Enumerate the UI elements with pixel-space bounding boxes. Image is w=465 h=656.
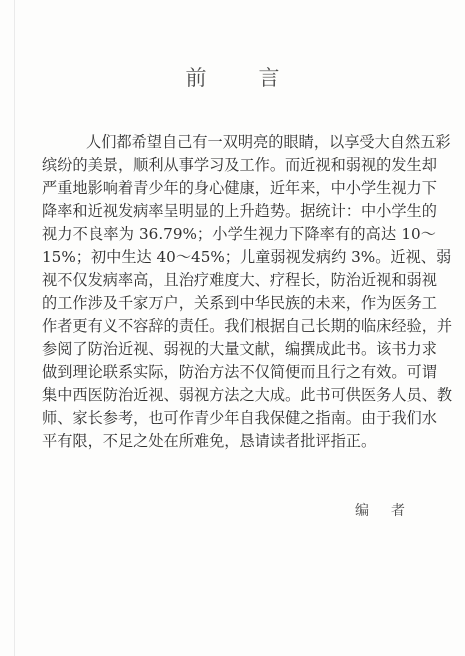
paragraph-line: 严重地影响着青少年的身心健康，近年来，中小学生视力下 — [42, 177, 436, 200]
page-title: 前言 — [0, 62, 465, 92]
title-char-2: 言 — [259, 62, 280, 92]
paragraph-line: 参阅了防治近视、弱视的大量文献，编撰成此书。该书力求 — [42, 338, 436, 361]
paragraph-line: 集中西医防治近视、弱视方法之大成。此书可供医务人员、教 — [42, 384, 436, 407]
title-char-1: 前 — [186, 62, 207, 92]
page-edge — [14, 0, 15, 656]
paragraph-line: 缤纷的美景，顺利从事学习及工作。而近视和弱视的发生却 — [42, 154, 436, 177]
paragraph-line: 的工作涉及千家万户，关系到中华民族的未来，作为医务工 — [42, 292, 436, 315]
paragraph-line: 视力不良率为 36.79%；小学生视力下降率有的高达 10～ — [42, 223, 436, 246]
paragraph-line: 做到理论联系实际，防治方法不仅简便而且行之有效。可谓 — [42, 361, 436, 384]
paragraph-line: 降率和近视发病率呈明显的上升趋势。据统计：中小学生的 — [42, 200, 436, 223]
paragraph-line: 师、家长参考，也可作青少年自我保健之指南。由于我们水 — [42, 407, 436, 430]
author-signature: 编者 — [355, 500, 405, 520]
paragraph-line: 平有限，不足之处在所难免，恳请读者批评指正。 — [42, 430, 436, 453]
preface-paragraph: 人们都希望自己有一双明亮的眼睛，以享受大自然五彩 缤纷的美景，顺利从事学习及工作… — [42, 131, 436, 453]
paragraph-line: 15%；初中生达 40～45%；儿童弱视发病约 3%。近视、弱 — [42, 246, 436, 269]
signature-char-2: 者 — [391, 500, 405, 520]
signature-char-1: 编 — [355, 500, 369, 520]
paragraph-line: 视不仅发病率高，且治疗难度大、疗程长，防治近视和弱视 — [42, 269, 436, 292]
paragraph-line: 人们都希望自己有一双明亮的眼睛，以享受大自然五彩 — [42, 131, 436, 154]
paragraph-line: 作者更有义不容辞的责任。我们根据自己长期的临床经验，并 — [42, 315, 436, 338]
